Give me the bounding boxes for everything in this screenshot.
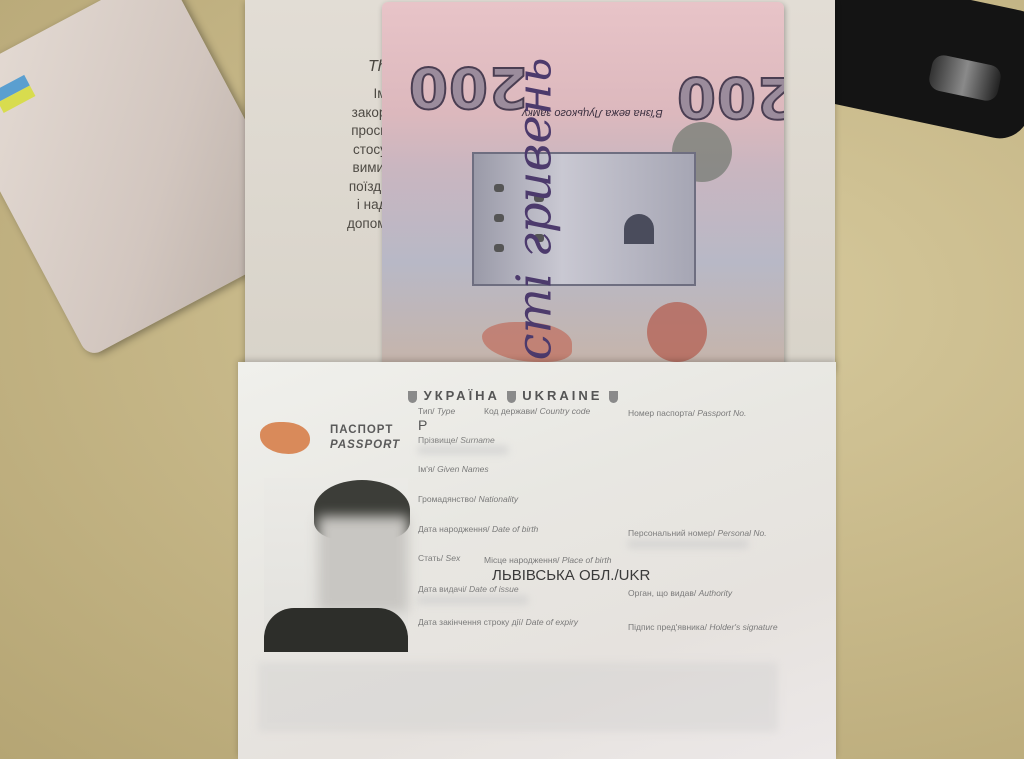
- surname-label: Прізвище/ Surname: [418, 435, 495, 445]
- type-label: Тип/ Type: [418, 406, 455, 416]
- surname-value-redacted: [418, 446, 508, 454]
- flower-ornament: [647, 302, 707, 362]
- passport-data-page: ПАСПОРТ PASSPORT УКРАЇНА UKRAINE Тип/ Ty…: [238, 362, 836, 759]
- personal-no-value-redacted: [628, 540, 748, 548]
- personal-no-label: Персональний номер/ Personal No.: [628, 528, 767, 538]
- coat-of-arms-icon: [609, 391, 618, 403]
- date-of-issue-label: Дата видачі/ Date of issue: [418, 584, 519, 594]
- photo-face-blurred: [318, 516, 408, 612]
- ukraine-map-icon: [260, 422, 310, 454]
- denomination-right: 200: [676, 64, 784, 129]
- passport-label-en: PASSPORT: [330, 439, 400, 451]
- passport-label-ua: ПАСПОРТ: [330, 424, 393, 436]
- nationality-label: Громадянство/ Nationality: [418, 494, 518, 504]
- country-header: УКРАЇНА UKRAINE: [408, 388, 618, 403]
- holder-photo-redacted: [264, 478, 408, 652]
- place-of-birth-label: Місце народження/ Place of birth: [484, 555, 612, 565]
- date-of-issue-value-redacted: [418, 596, 528, 604]
- sex-label: Стать/ Sex: [418, 553, 460, 563]
- ukraine-flag-icon: [0, 75, 35, 113]
- given-names-label: Ім'я/ Given Names: [418, 464, 489, 474]
- date-of-birth-label: Дата народження/ Date of birth: [418, 524, 538, 534]
- date-of-expiry-label: Дата закінчення строку дії/ Date of expi…: [418, 617, 578, 627]
- type-value: P: [418, 417, 427, 433]
- coat-of-arms-icon: [408, 391, 417, 403]
- banknote-200-hryvnia: 200 200 В'їзна вежа Луцького замку Двіст…: [382, 2, 784, 374]
- place-of-birth-value: ЛЬВІВСЬКА ОБЛ./UKR: [492, 567, 650, 584]
- passport-no-label: Номер паспорта/ Passport No.: [628, 408, 746, 418]
- banknote-script-text: Двісті гривень: [507, 57, 563, 374]
- authority-label: Орган, що видав/ Authority: [628, 588, 732, 598]
- photo-shoulders: [264, 608, 408, 652]
- coat-of-arms-icon: [507, 391, 516, 403]
- country-code-label: Код держави/ Country code: [484, 406, 590, 416]
- holder-signature-label: Підпис пред'явника/ Holder's signature: [628, 622, 778, 632]
- lutsk-castle-tower-illustration: [472, 152, 696, 286]
- mrz-zone-redacted: [258, 662, 778, 732]
